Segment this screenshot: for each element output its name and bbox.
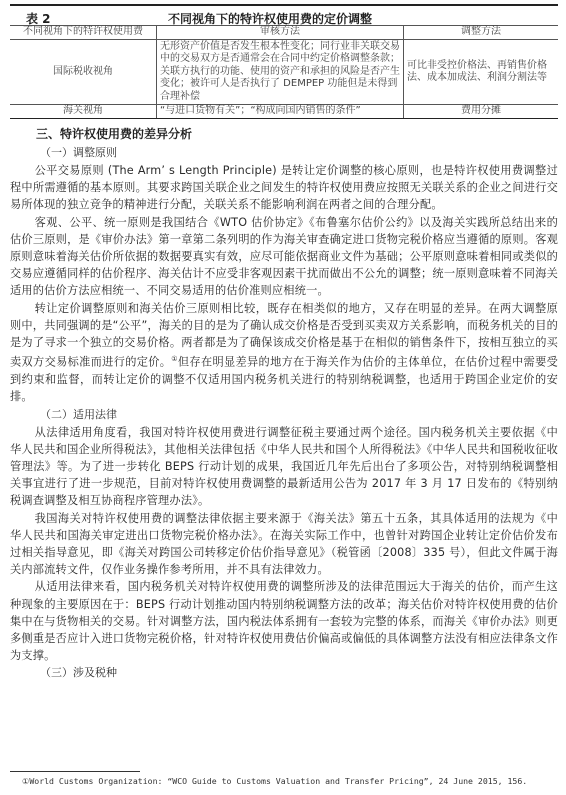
paragraph: 转让定价调整原则和海关估价三原则相比较，既存在相类似的地方，又存在明显的差异。在… bbox=[10, 300, 558, 406]
pricing-adjustment-table: 不同视角下的特许权使用费 审核方法 调整方法 国际税收视角 无形资产价值是否发生… bbox=[10, 25, 558, 119]
paragraph: 从法律适用角度看，我国对特许权使用费进行调整征税主要通过两个途径。国内税务机关主… bbox=[10, 424, 558, 510]
paragraph: 客观、公平、统一原则是我国结合《WTO 估价协定》《布鲁塞尔估价公约》以及海关实… bbox=[10, 214, 558, 300]
section-heading: 三、特许权使用费的差异分析 bbox=[10, 125, 558, 144]
table-top-rule bbox=[10, 4, 558, 6]
subsection-heading: （二）适用法律 bbox=[10, 406, 558, 424]
cell-review-method: “与进口货物有关”；“构成向国内销售的条件” bbox=[157, 105, 404, 119]
footnote-divider bbox=[10, 771, 140, 772]
column-header-adjustment-method: 调整方法 bbox=[404, 26, 559, 40]
article-body: 三、特许权使用费的差异分析 （一）调整原则 公平交易原则 (The Arm’ s… bbox=[10, 125, 558, 682]
column-header-perspective: 不同视角下的特许权使用费 bbox=[10, 26, 157, 40]
table-row: 国际税收视角 无形资产价值是否发生根本性变化；同行业非关联交易中的交易双方是否通… bbox=[10, 40, 558, 105]
subsection-heading: （一）调整原则 bbox=[10, 144, 558, 162]
paragraph: 我国海关对特许权使用费的调整法律依据主要来源于《海关法》第五十五条，其具体适用的… bbox=[10, 510, 558, 579]
paragraph: 公平交易原则 (The Arm’ s Length Principle) 是转让… bbox=[10, 162, 558, 214]
footnote-marker[interactable]: ① bbox=[171, 355, 178, 363]
cell-perspective: 海关视角 bbox=[10, 105, 157, 119]
table-header-row: 不同视角下的特许权使用费 审核方法 调整方法 bbox=[10, 26, 558, 40]
cell-adjustment-method: 费用分摊 bbox=[404, 105, 559, 119]
table-row: 海关视角 “与进口货物有关”；“构成向国内销售的条件” 费用分摊 bbox=[10, 105, 558, 119]
table-caption: 表 2 不同视角下的特许权使用费的定价调整 bbox=[10, 8, 558, 25]
paragraph: 从适用法律来看，国内税务机关对特许权使用费的调整所涉及的法律范围远大于海关的估价… bbox=[10, 578, 558, 664]
column-header-review-method: 审核方法 bbox=[157, 26, 404, 40]
cell-perspective: 国际税收视角 bbox=[10, 40, 157, 105]
footnote: ①World Customs Organization: “WCO Guide … bbox=[22, 776, 558, 786]
subsection-heading: （三）涉及税种 bbox=[10, 664, 558, 682]
cell-adjustment-method: 可比非受控价格法、再销售价格法、成本加成法、利润分割法等 bbox=[404, 40, 559, 105]
cell-review-method: 无形资产价值是否发生根本性变化；同行业非关联交易中的交易双方是否通常会在合同中约… bbox=[157, 40, 404, 105]
